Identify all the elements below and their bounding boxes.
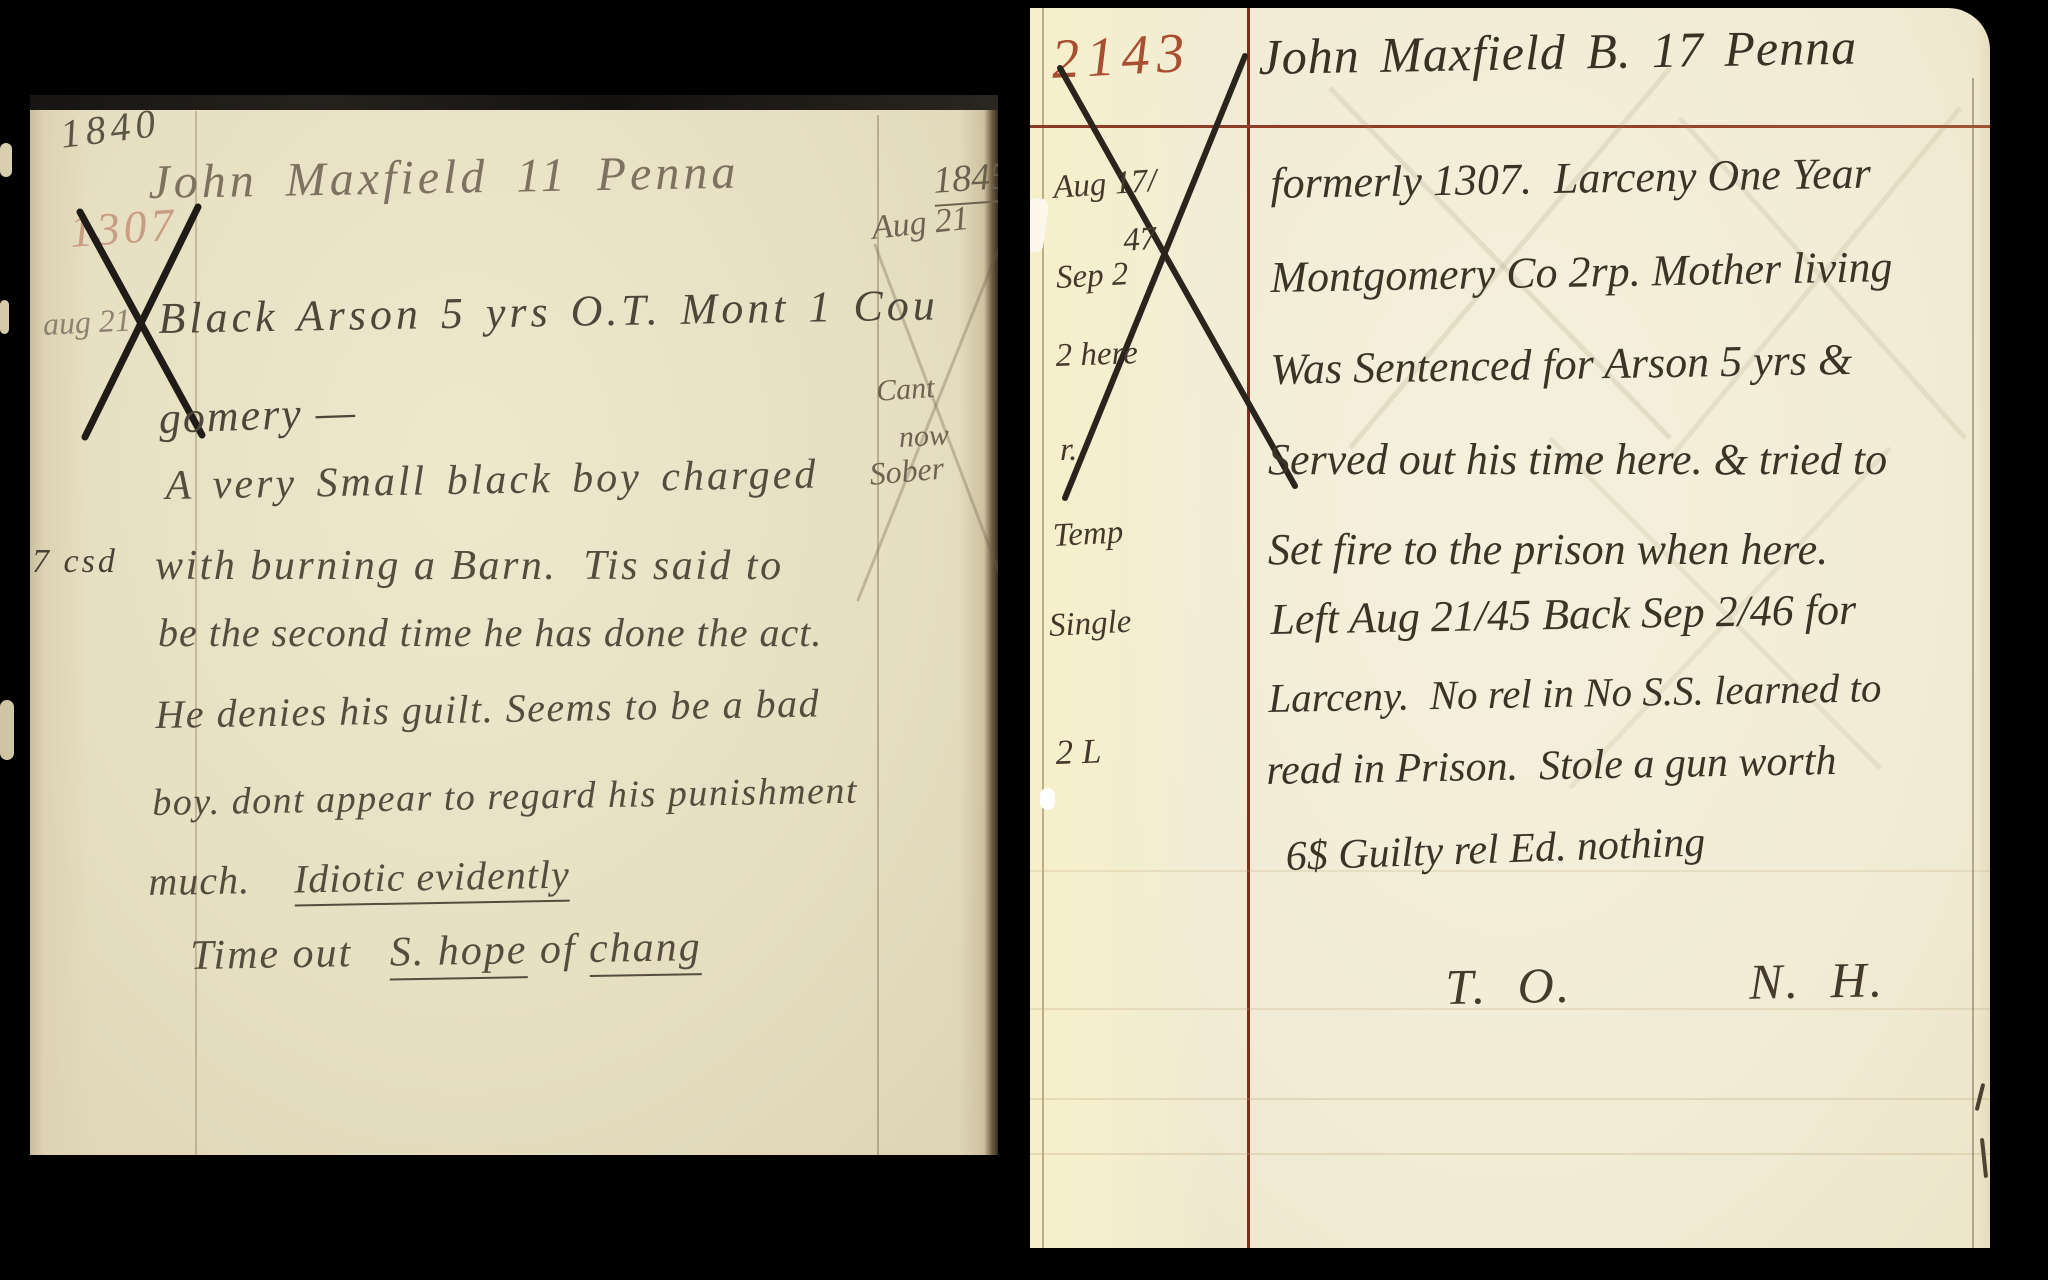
handwriting-line: be the second time he has done the act.	[158, 611, 822, 655]
inmate-number: 2143	[1050, 23, 1193, 92]
handwriting-line: 47	[1122, 221, 1157, 260]
paper-damage-mark	[1030, 197, 1050, 253]
right-column-date: Aug 21	[870, 200, 971, 247]
page-edge-line	[1972, 78, 1974, 1248]
paper-damage-mark	[1040, 788, 1055, 810]
margin-note: 7 csd	[32, 543, 118, 580]
handwriting-line: 2 L	[1055, 732, 1102, 772]
page-edge-sliver	[0, 700, 14, 760]
handwriting-line: A very Small black boy charged	[165, 452, 819, 510]
gutter-fold-line	[1042, 8, 1044, 1248]
handwriting-line: Larceny. No rel in No S.S. learned to	[1268, 665, 1882, 721]
right-column-rule	[877, 115, 879, 1155]
handwriting-line: Was Sentenced for Arson 5 yrs &	[1270, 336, 1853, 395]
page-edge-sliver	[0, 300, 9, 334]
red-margin-rule	[1247, 8, 1250, 1248]
handwriting-line: r.	[1060, 432, 1077, 468]
handwriting-line: much. Idiotic evidently	[148, 853, 570, 904]
right-column-note: Cant	[875, 371, 936, 408]
handwriting-line: Left Aug 21/45 Back Sep 2/46 for	[1270, 586, 1857, 645]
handwriting-line: formerly 1307. Larceny One Year	[1270, 150, 1871, 209]
clerk-initials: T. O. N. H.	[1445, 952, 1886, 1015]
handwriting-line: Set fire to the prison when here.	[1268, 526, 1828, 574]
handwriting-line: Black Arson 5 yrs O.T. Mont 1 Cou	[158, 281, 939, 343]
handwriting-line: Montgomery Co 2rp. Mother living	[1270, 243, 1893, 302]
handwriting-line: Served out his time here. & tried to	[1268, 436, 1887, 484]
handwriting-line: 2 here	[1055, 335, 1138, 374]
handwriting-line: with burning a Barn. Tis said to	[155, 543, 784, 589]
stray-ink-mark	[1980, 1138, 1988, 1178]
red-header-rule	[1030, 125, 1990, 128]
handwriting-line: Temp	[1052, 514, 1124, 554]
stray-ink-mark	[1975, 1083, 1986, 1111]
handwriting-line: Aug 17/	[1052, 163, 1158, 206]
ruled-line	[1030, 1153, 1990, 1155]
right-ledger-page: 2143 John Maxfield B. 17 Penna Aug 17/47…	[1030, 8, 1990, 1248]
page-edge-sliver	[0, 143, 12, 177]
right-column-note: Sober	[868, 450, 945, 492]
handwriting-line: boy. dont appear to regard his punishmen…	[152, 771, 858, 825]
entry-header: John Maxfield B. 17 Penna	[1258, 20, 1858, 85]
margin-date: aug 21	[42, 302, 132, 342]
handwriting-line: read in Prison. Stole a gun worth	[1266, 738, 1837, 794]
ledger-scan: 1840 1307 aug 21 7 csd 1845 Aug 21 Cant …	[0, 0, 2048, 1280]
handwriting-line: gomery —	[158, 388, 358, 443]
handwriting-line: Sep 2	[1055, 256, 1129, 296]
left-ledger-page: 1840 1307 aug 21 7 csd 1845 Aug 21 Cant …	[30, 95, 998, 1155]
handwriting-line: He denies his guilt. Seems to be a bad	[155, 681, 820, 737]
ruled-line	[1030, 1098, 1990, 1100]
year-1840: 1840	[58, 101, 163, 157]
handwriting-line: Time out S. hope of chang	[190, 924, 702, 979]
handwriting-line: John Maxfield 11 Penna	[148, 147, 740, 210]
book-edge-strip	[30, 95, 998, 110]
year-1845: 1845	[872, 114, 998, 207]
handwriting-line: Single	[1048, 604, 1132, 645]
